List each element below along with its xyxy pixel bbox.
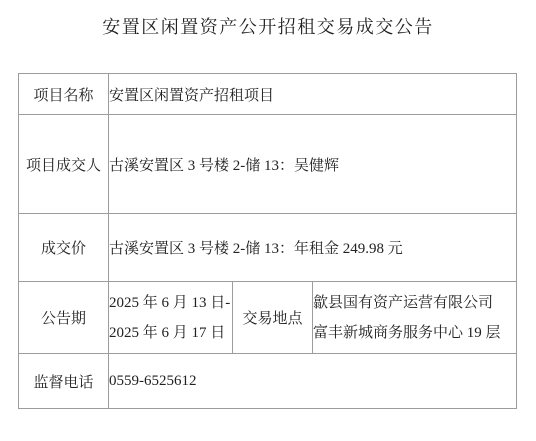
page-title: 安置区闲置资产公开招租交易成交公告	[0, 13, 536, 39]
row-label-supervision-phone: 监督电话	[19, 354, 109, 409]
location-line-1: 歙县国有资产运营有限公司	[313, 288, 516, 318]
location-line-2: 富丰新城商务服务中心 19 层	[313, 318, 516, 348]
table-row-project-name: 项目名称 安置区闲置资产招租项目	[19, 74, 517, 115]
table-row-price: 成交价 古溪安置区 3 号楼 2-储 13：年租金 249.98 元	[19, 214, 517, 282]
row-label-project-name: 项目名称	[19, 74, 109, 115]
row-value-supervision-phone: 0559-6525612	[109, 354, 517, 409]
row-label-announcement-period: 公告期	[19, 282, 109, 354]
row-label-winner: 项目成交人	[19, 115, 109, 214]
table-row-winner: 项目成交人 古溪安置区 3 号楼 2-储 13：吴健辉	[19, 115, 517, 214]
period-line-1: 2025 年 6 月 13 日-	[109, 288, 232, 318]
table-row-period-location: 公告期 2025 年 6 月 13 日- 2025 年 6 月 17 日 交易地…	[19, 282, 517, 354]
row-value-project-name: 安置区闲置资产招租项目	[109, 74, 517, 115]
row-value-price: 古溪安置区 3 号楼 2-储 13：年租金 249.98 元	[109, 214, 517, 282]
row-value-transaction-location: 歙县国有资产运营有限公司 富丰新城商务服务中心 19 层	[313, 282, 517, 354]
row-value-announcement-period: 2025 年 6 月 13 日- 2025 年 6 月 17 日	[109, 282, 233, 354]
row-label-price: 成交价	[19, 214, 109, 282]
row-label-transaction-location: 交易地点	[233, 282, 313, 354]
period-line-2: 2025 年 6 月 17 日	[109, 318, 232, 348]
announcement-page: 安置区闲置资产公开招租交易成交公告 项目名称 安置区闲置资产招租项目 项目成交人…	[0, 0, 536, 441]
row-value-winner: 古溪安置区 3 号楼 2-储 13：吴健辉	[109, 115, 517, 214]
announcement-table: 项目名称 安置区闲置资产招租项目 项目成交人 古溪安置区 3 号楼 2-储 13…	[18, 73, 517, 409]
table-row-supervision-phone: 监督电话 0559-6525612	[19, 354, 517, 409]
